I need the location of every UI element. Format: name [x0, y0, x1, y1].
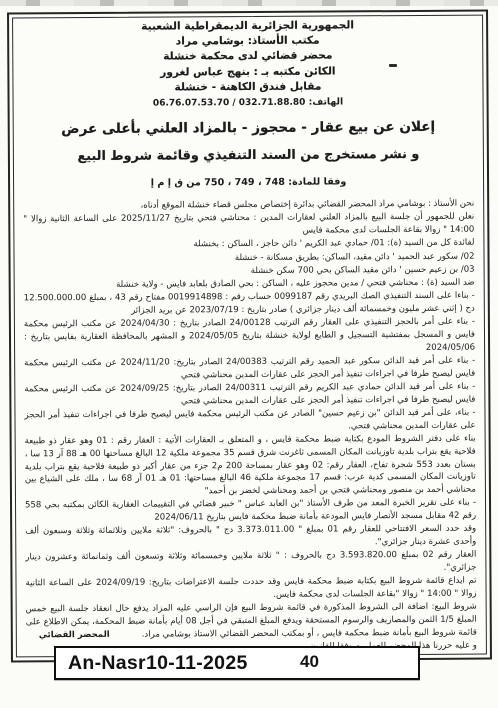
notice-content: الجمهورية الجزائرية الديمقراطية الشعبية …: [22, 18, 477, 657]
body-paragraph: - بناءا على السند التنفيذي الصك البريدي …: [24, 290, 475, 318]
scan-edge-artifact: [0, 0, 498, 6]
phone-numbers: 06.76.07.53.70 / 032.71.88.80: [153, 98, 306, 109]
body-paragraph: وقد حدد السعر الافتتاحي للعقار رقم 01 بم…: [25, 523, 476, 551]
body-paragraph: نعلن للجمهور أن جلسة البيع بالمزاد العلن…: [23, 211, 474, 239]
header-landmark-line: مقابل فندق الكاهنة - خنشلة: [22, 78, 473, 96]
phone-label: الهاتف:: [309, 96, 344, 107]
phone-line: الهاتف: 06.76.07.53.70 / 032.71.88.80: [23, 95, 474, 112]
notice-frame: الجمهورية الجزائرية الديمقراطية الشعبية …: [7, 10, 492, 663]
body-paragraph: - بناء، على أمر قيد الدائن "بن زعيم حسين…: [24, 407, 475, 435]
notice-title: إعلان عن بيع عقار - محجوز - بالمزاد العل…: [23, 118, 474, 139]
body-paragraph: تم ايداع قائمة شروط البيع بكتابة ضبط محك…: [25, 575, 476, 603]
body-paragraph: العقار رقم 02 بمبلغ 3.593.820.00 دج بالح…: [25, 549, 476, 577]
page-number: 40: [300, 652, 319, 672]
body-paragraph: - بناء على تقرير الخبرة المعد من طرف الأ…: [25, 497, 476, 525]
body-paragraph: - بناء على أمر قيد الدائن سكور عبد الحمي…: [24, 355, 475, 383]
bailiff-signature-label: المحضر القضائي: [39, 630, 110, 640]
body-paragraph: - بناء على أمر بالحجز التنفيذي على العقا…: [24, 316, 475, 357]
scan-mark: [389, 64, 397, 67]
newspaper-footer: An-Nasr10-11-2025 40: [54, 646, 420, 680]
notice-subtitle: و نشر مستخرج من السند التنفيذي وقائمة شر…: [23, 146, 474, 166]
scanned-newspaper-notice: الجمهورية الجزائرية الديمقراطية الشعبية …: [0, 0, 498, 708]
body-paragraph: - بناء على أمر قيد الدائن حمادي عبد الكر…: [24, 381, 475, 409]
newspaper-name-date: An-Nasr10-11-2025: [68, 652, 248, 675]
notice-body: نحن الأستاذ : بوشامي مراد المحضر القضائي…: [23, 198, 477, 655]
legal-basis-line: وفقا للمادة: 748 ، 749 ، 750 من ق إ م إ: [23, 175, 474, 191]
body-paragraph: بناء على دفتر الشروط المودع بكتابة ضبط م…: [25, 433, 476, 500]
